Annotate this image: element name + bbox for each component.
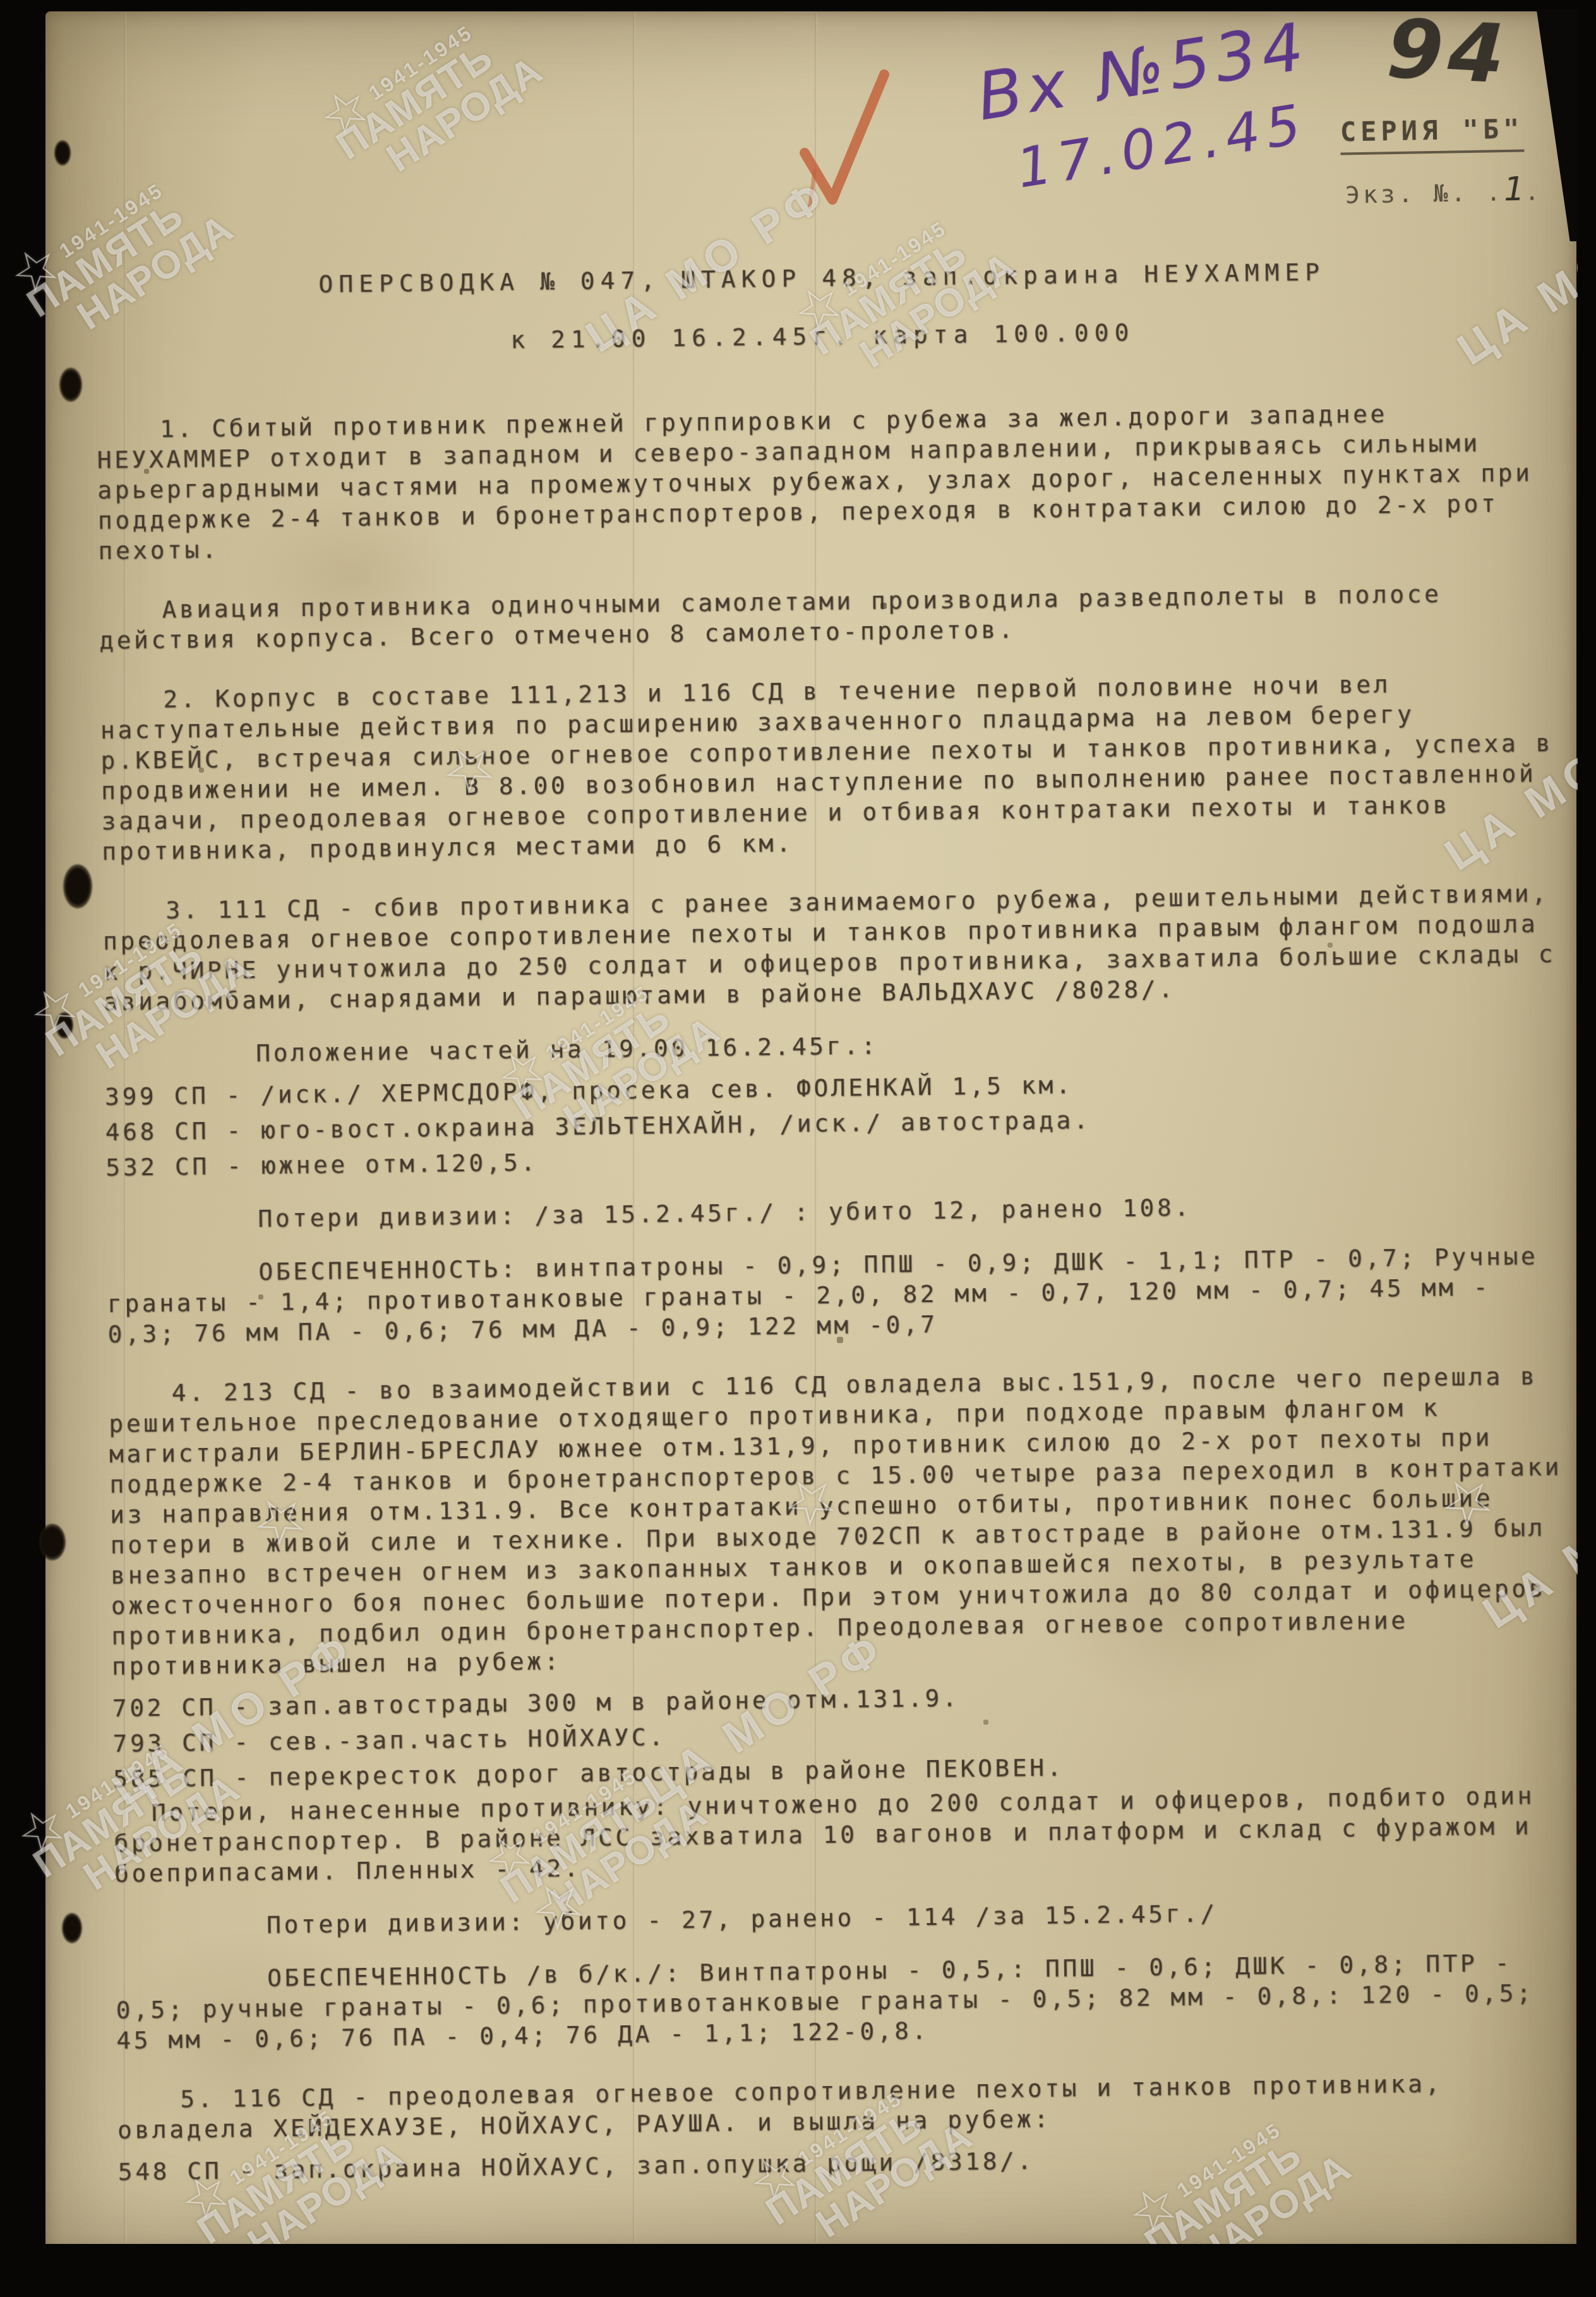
paper-hole [54, 140, 71, 166]
supplies-111sd: ОБЕСПЕЧЕННОСТЬ: винтпатроны - 0,9; ППШ -… [107, 1241, 1562, 1349]
paper-hole [62, 1913, 82, 1943]
paragraph-aviation: Авиация противника одиночными самолетами… [99, 577, 1553, 656]
paragraph-111sd: 3. 111 СД - сбив противника с ранее зани… [102, 878, 1557, 1017]
paper-hole [59, 368, 82, 402]
scan-background: { "document": { "page_number": "94", "se… [0, 0, 1596, 2297]
page-number: 94 [1384, 2, 1512, 102]
red-checkmark-icon [791, 63, 898, 215]
paper-hole [39, 1524, 66, 1560]
scan-edge-bottom [0, 2244, 1596, 2297]
series-stamp: СЕРИЯ "Б" [1340, 113, 1524, 155]
losses-213sd: Потери дивизии: убито - 27, ранено - 114… [115, 1894, 1569, 1942]
copy-number-line: Экз. №. .1. [1345, 170, 1543, 211]
paragraph-enemy-situation: 1. Сбитый противник прежней группировки … [97, 397, 1552, 566]
typed-content: ОПЕРСВОДКА № 047, ШТАКОР 48, зап.окраина… [95, 254, 1572, 2187]
paragraph-213sd: 4. 213 СД - во взаимодействии с 116 СД о… [108, 1361, 1566, 1682]
paper-specks [0, 0, 1, 1]
scan-edge-right [1578, 0, 1596, 2297]
positions-heading: Положение частей на 19.00 16.2.45г.: [104, 1022, 1558, 1070]
copy-number: 1 [1503, 171, 1525, 209]
copy-label: Экз. №. [1345, 179, 1469, 208]
losses-inflicted-213sd: Потери, нанесенные противнику: уничтожен… [114, 1780, 1569, 1889]
report-title-line2: к 21.00 16.2.45г. карта 100.000 [95, 312, 1549, 360]
copy-tail: . [1525, 178, 1543, 205]
paragraph-corps: 2. Корпус в составе 111,213 и 116 СД в т… [100, 667, 1556, 867]
paper-hole [63, 864, 92, 908]
supplies-213sd: ОБЕСПЕЧЕННОСТЬ /в б/к./: Винтпатроны - 0… [116, 1947, 1571, 2056]
copy-dots: . [1468, 178, 1504, 207]
losses-111sd: Потери дивизии: /за 15.2.45г./ : убито 1… [106, 1188, 1560, 1236]
paper-hole [56, 1012, 73, 1039]
paragraph-116sd: 5. 116 СД - преодолевая огневое сопротив… [117, 2067, 1571, 2145]
